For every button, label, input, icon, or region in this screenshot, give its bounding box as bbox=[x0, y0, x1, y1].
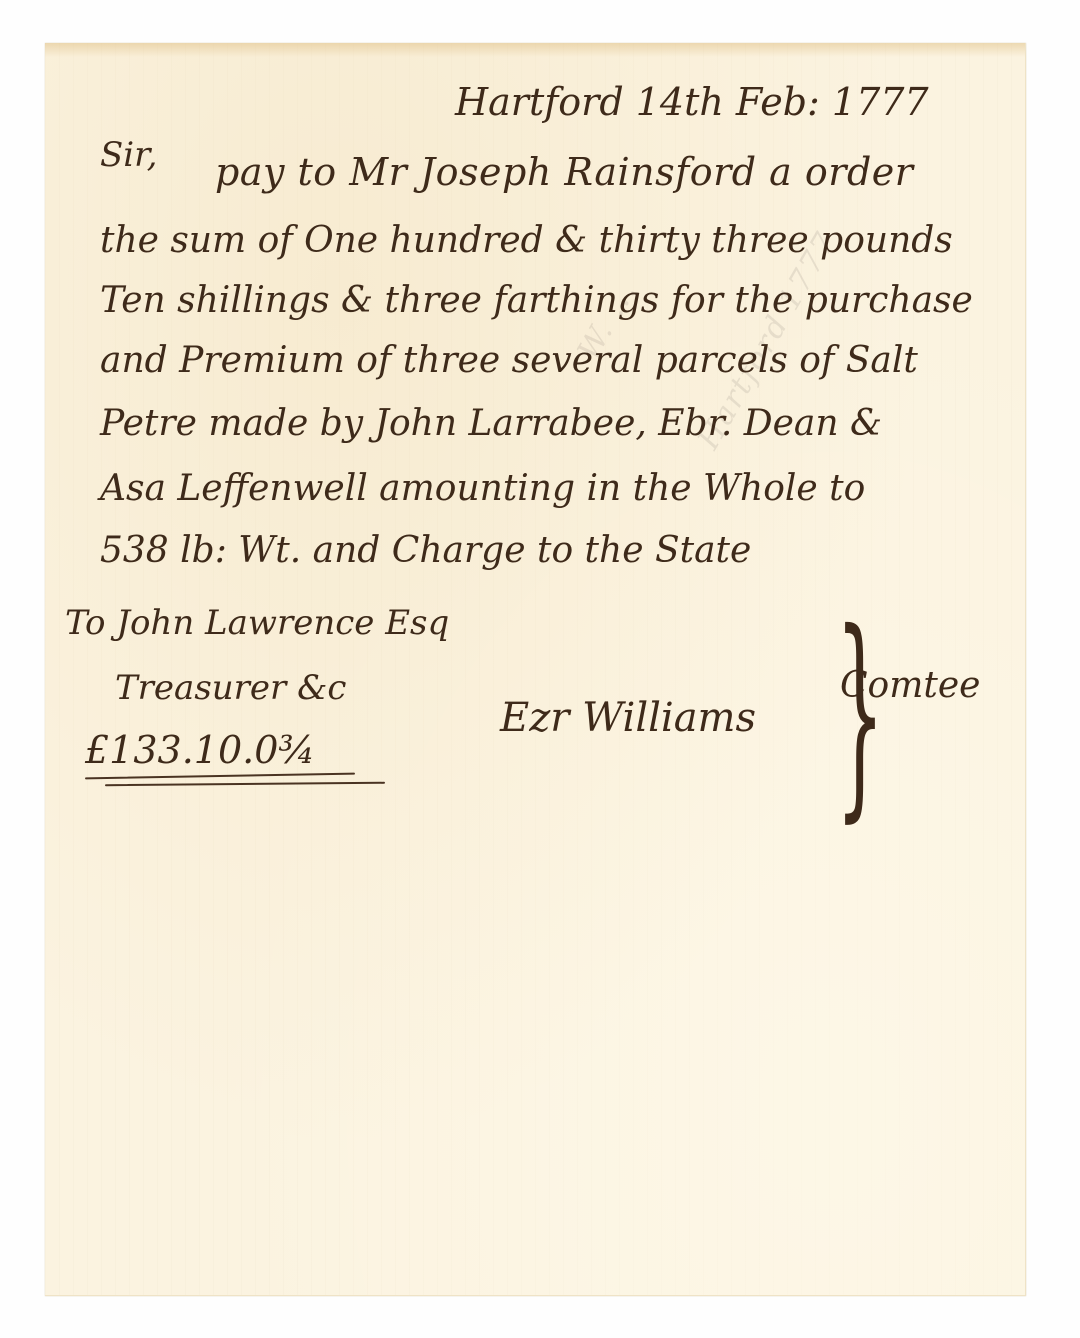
body-line: Ten shillings & three farthings for the … bbox=[100, 283, 973, 319]
body-line: Petre made by John Larrabee, Ebr. Dean & bbox=[100, 406, 882, 442]
body-line: pay to Mr Joseph Rainsford a order bbox=[215, 153, 913, 191]
signature-name: Ezr Williams bbox=[500, 698, 756, 738]
signature-title: Comtee bbox=[840, 668, 980, 704]
body-line: Asa Leffenwell amounting in the Whole to bbox=[100, 471, 865, 507]
body-line: 538 lb: Wt. and Charge to the State bbox=[100, 533, 751, 569]
paper-top-stain bbox=[45, 43, 1025, 57]
signature-brace: } bbox=[835, 603, 884, 823]
body-line: and Premium of three several parcels of … bbox=[100, 343, 918, 379]
place-date-heading: Hartford 14th Feb: 1777 bbox=[455, 83, 929, 121]
amount-underline bbox=[105, 782, 385, 786]
amount-underline bbox=[85, 773, 355, 780]
salutation: Sir, bbox=[100, 138, 158, 172]
scan-background: W. ... Hartford 1777 Hartford 14th Feb: … bbox=[0, 0, 1080, 1338]
amount-total: £133.10.0¾ bbox=[85, 731, 315, 769]
addressee-line: To John Lawrence Esq bbox=[65, 606, 449, 640]
addressee-line: Treasurer &c bbox=[115, 671, 346, 705]
document-paper: W. ... Hartford 1777 Hartford 14th Feb: … bbox=[45, 43, 1026, 1296]
body-line: the sum of One hundred & thirty three po… bbox=[100, 223, 953, 259]
